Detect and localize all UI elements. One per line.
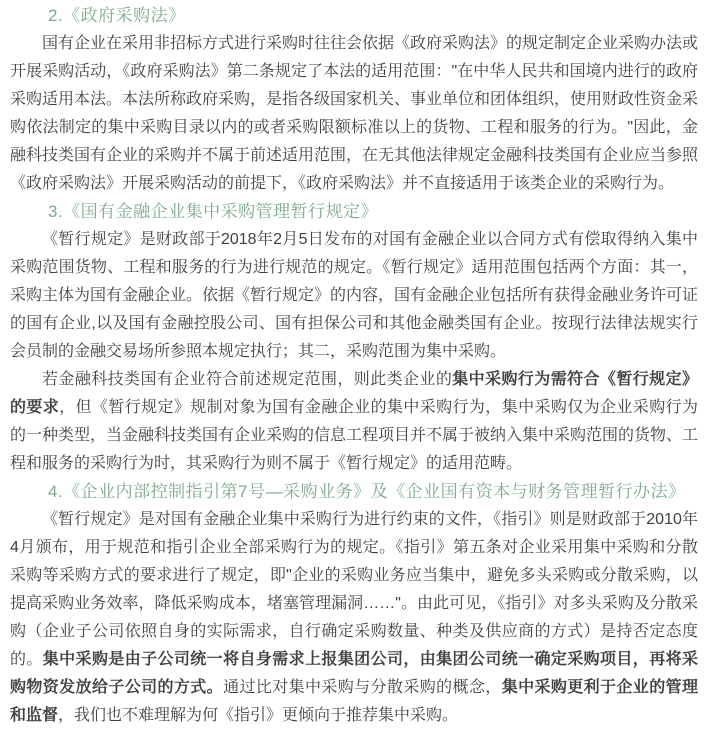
- section-heading: 3.《国有金融企业集中采购管理暂行规定》: [10, 198, 698, 226]
- paragraph: 《暂行规定》是财政部于2018年2月5日发布的对国有金融企业以合同方式有偿取得纳…: [10, 226, 698, 366]
- section-heading: 2.《政府采购法》: [10, 2, 698, 30]
- paragraph: 若金融科技类国有企业符合前述规定范围，则此类企业的集中采购行为需符合《暂行规定》…: [10, 366, 698, 478]
- paragraph: 国有企业在采用非招标方式进行采购时往往会依据《政府采购法》的规定制定企业采购办法…: [10, 30, 698, 198]
- text-run: ，但《暂行规定》规制对象为国有金融企业的集中采购行为，集中采购仅为企业采购行为的…: [10, 399, 698, 472]
- text-run: 《暂行规定》是财政部于2018年2月5日发布的对国有金融企业以合同方式有偿取得纳…: [10, 231, 698, 360]
- text-run: ，我们也不难理解为何《指引》更倾向于推荐集中采购。: [58, 707, 458, 724]
- text-run: 国有企业在采用非招标方式进行采购时往往会依据《政府采购法》的规定制定企业采购办法…: [10, 35, 698, 192]
- text-run: 若金融科技类国有企业符合前述规定范围，则此类企业的: [42, 371, 452, 388]
- text-run: 《暂行规定》是对国有金融企业集中采购行为进行约束的文件，《指引》则是财政部于20…: [10, 511, 698, 668]
- paragraph: 《暂行规定》是对国有金融企业集中采购行为进行约束的文件，《指引》则是财政部于20…: [10, 506, 698, 730]
- section-heading: 4.《企业内部控制指引第7号—采购业务》及《企业国有资本与财务管理暂行办法》: [10, 478, 698, 506]
- text-run: 通过比对集中采购与分散采购的概念，: [223, 679, 502, 696]
- article-body: 2.《政府采购法》国有企业在采用非招标方式进行采购时往往会依据《政府采购法》的规…: [0, 0, 708, 730]
